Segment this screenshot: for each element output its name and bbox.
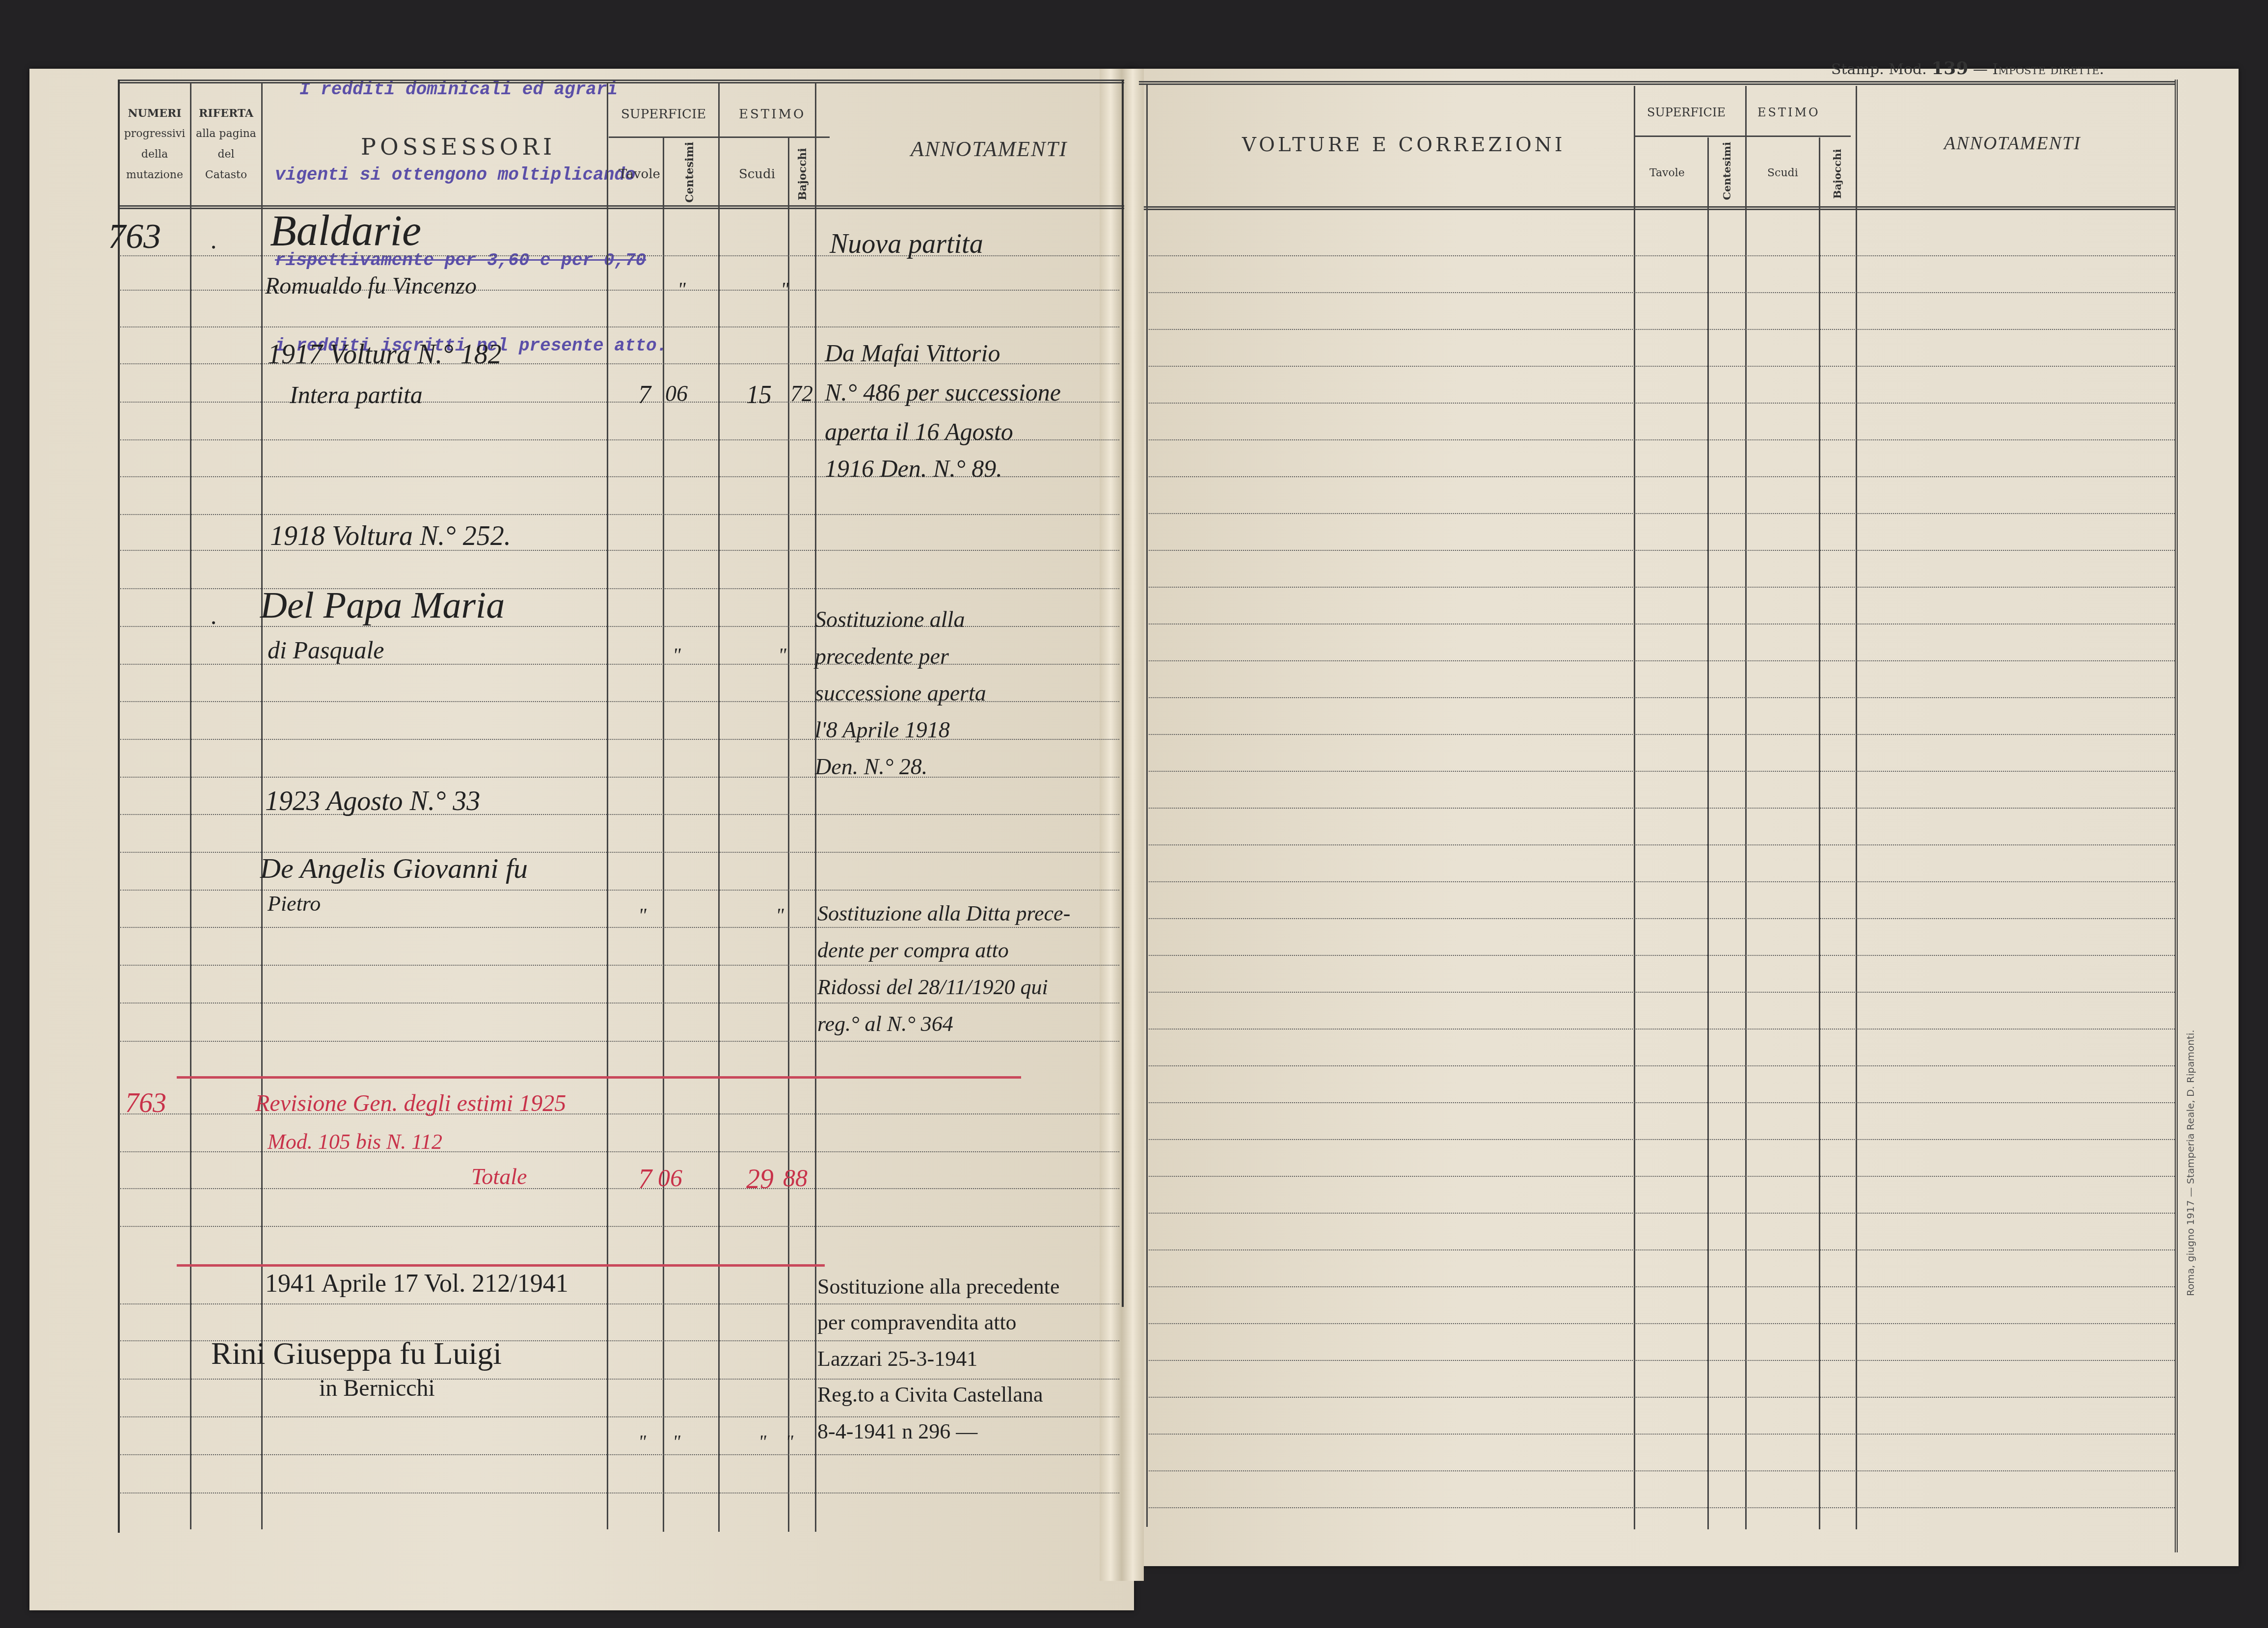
row-rule: [120, 326, 1119, 327]
bajocchi-value: ": [776, 903, 784, 926]
header-superficie: SUPERFICIE: [621, 107, 706, 122]
header-estimo: ESTIMO: [1757, 106, 1820, 119]
header-scudi: Scudi: [1767, 167, 1798, 179]
col-border: [607, 83, 608, 1529]
col-border: [1819, 137, 1820, 1529]
row-rule: [1149, 513, 2175, 514]
row-rule: [1149, 587, 2175, 588]
annotation-line: Sostituzione alla: [815, 606, 965, 632]
row-rule: [1149, 844, 2175, 845]
annotation-line: reg.° al N.° 364: [817, 1011, 953, 1036]
header-tavole: Tavole: [619, 167, 660, 182]
col-border: [663, 137, 664, 1532]
table-top-rule: [118, 80, 1124, 83]
row-rule: [1149, 992, 2175, 993]
possessore-name: in Bernicchi: [319, 1375, 435, 1402]
row-rule: [120, 1454, 1119, 1455]
row-rule: [1149, 1139, 2175, 1140]
row-rule: [120, 739, 1119, 740]
row-rule: [120, 1379, 1119, 1380]
row-rule: [1149, 1249, 2175, 1250]
annotation-line: dente per compra atto: [817, 938, 1009, 963]
col-border: [190, 83, 191, 1529]
row-rule: [1149, 1470, 2175, 1471]
printer-imprint: Roma, giugno 1917 — Stamperia Reale, D. …: [2185, 1030, 2196, 1296]
red-separator: [177, 1264, 825, 1267]
tavole-value: ": [677, 277, 686, 300]
header-text: alla pagina: [193, 124, 259, 144]
annotation-line: precedente per: [815, 643, 949, 669]
row-rule: [1149, 771, 2175, 772]
row-rule: [1149, 660, 2175, 661]
entry-heading: 1917 Voltura N.° 182: [268, 339, 502, 370]
header-text: progressivi: [123, 124, 187, 144]
redditi-stamp: I redditi dominicali ed agrari vigenti s…: [275, 19, 667, 389]
scudi-value: 29: [746, 1164, 774, 1195]
centesimi-value: 06: [665, 380, 688, 407]
row-rule: [120, 1003, 1119, 1004]
header-text: del: [193, 144, 259, 165]
possessore-name: Romualdo fu Vincenzo: [265, 272, 477, 299]
header-possessori: POSSESSORI: [361, 134, 556, 160]
row-rule: [1149, 366, 2175, 367]
tavole-value: ": [638, 903, 647, 926]
col-border: [788, 137, 789, 1532]
row-rule: [1149, 734, 2175, 735]
row-rule: [120, 890, 1119, 891]
row-rule: [1149, 1360, 2175, 1361]
col-border: [1707, 137, 1709, 1529]
entry-heading: 1941 Aprile 17 Vol. 212/1941: [265, 1269, 568, 1298]
header-annotamenti: ANNOTAMENTI: [911, 136, 1067, 162]
row-rule: [120, 1041, 1119, 1042]
annotation-line: 1916 Den. N.° 89.: [825, 454, 1002, 483]
row-rule: [120, 927, 1119, 928]
riferta-mark: .: [211, 601, 217, 630]
row-rule: [120, 1188, 1119, 1189]
header-text: Catasto: [193, 165, 259, 186]
row-rule: [1149, 918, 2175, 919]
centesimi-value: 06: [658, 1164, 682, 1192]
row-rule: [1149, 1176, 2175, 1177]
scudi-value: ": [758, 1431, 766, 1453]
header-tavole: Tavole: [1649, 167, 1685, 179]
header-text: della: [123, 144, 187, 165]
stamp-line: vigenti si ottengono moltiplicando: [275, 161, 667, 190]
col-border: [1146, 83, 1148, 1527]
header-numeri: NUMERI progressivi della mutazione: [123, 103, 187, 186]
row-rule: [1149, 955, 2175, 956]
row-rule: [1149, 439, 2175, 440]
header-centesimi: Centesimi: [1721, 151, 1733, 200]
col-border: [261, 83, 263, 1529]
header-text: NUMERI: [123, 103, 187, 124]
form-id: Stamp. Mod. 139 — Imposte dirette.: [1831, 58, 2104, 79]
row-rule: [1149, 292, 2175, 293]
revision-line: Revisione Gen. degli estimi 1925: [255, 1090, 566, 1117]
row-rule: [1149, 1397, 2175, 1398]
row-rule: [120, 965, 1119, 966]
scudi-value: ": [781, 277, 789, 300]
row-rule: [120, 1226, 1119, 1227]
possessore-name: Intera partita: [290, 380, 423, 409]
row-rule: [1149, 1434, 2175, 1435]
annotation-line: Ridossi del 28/11/1920 qui: [817, 975, 1048, 1000]
red-separator: [177, 1076, 1021, 1079]
annotation-line: N.° 486 per successione: [825, 378, 1061, 407]
header-bajocchi: Bajocchi: [796, 151, 809, 200]
entry-number: 763: [125, 1087, 166, 1119]
row-rule: [120, 1492, 1119, 1493]
tavole-value: 7: [638, 380, 651, 409]
annotation-line: Lazzari 25-3-1941: [817, 1346, 977, 1371]
form-id-prefix: Stamp. Mod.: [1831, 61, 1927, 78]
header-annotamenti: ANNOTAMENTI: [1944, 133, 2081, 154]
col-border: [118, 80, 120, 1533]
bajocchi-value: 72: [790, 380, 813, 407]
col-border: [718, 83, 720, 1532]
row-rule: [1149, 403, 2175, 404]
totale-label: Totale: [471, 1164, 527, 1190]
possessore-name: De Angelis Giovanni fu: [260, 852, 528, 885]
subheader-rule: [1635, 136, 1851, 137]
row-rule: [120, 514, 1119, 515]
header-text: mutazione: [123, 165, 187, 186]
annotation-line: Reg.to a Civita Castellana: [817, 1382, 1043, 1407]
table-top-rule: [1139, 81, 2175, 85]
row-rule: [1149, 697, 2175, 698]
bajocchi-value: ": [785, 1431, 793, 1453]
annotation-line: Sostituzione alla Ditta prece-: [817, 901, 1070, 926]
row-rule: [120, 1416, 1119, 1417]
annotation-line: per compravendita atto: [817, 1310, 1017, 1335]
row-rule: [1149, 1286, 2175, 1287]
row-rule: [1149, 881, 2175, 882]
header-volture: VOLTURE E CORREZIONI: [1242, 134, 1566, 156]
annotation-line: Da Mafai Vittorio: [825, 339, 1000, 367]
form-id-number: 139: [1931, 58, 1968, 79]
entry-number: 763: [108, 216, 161, 257]
row-rule: [120, 1303, 1119, 1304]
bajocchi-value: ": [778, 643, 786, 666]
annotation-line: Den. N.° 28.: [815, 754, 927, 780]
riferta-mark: .: [211, 226, 217, 254]
row-rule: [120, 777, 1119, 778]
right-page: [1129, 69, 2239, 1566]
scudi-value: 15: [746, 380, 772, 409]
annotation-line: l'8 Aprile 1918: [815, 717, 950, 743]
row-rule: [1149, 476, 2175, 477]
possessore-name: Rini Giuseppa fu Luigi: [211, 1335, 502, 1372]
bajocchi-value: 88: [783, 1164, 808, 1192]
annotation-line: 8-4-1941 n 296 —: [817, 1419, 977, 1444]
row-rule: [1149, 1323, 2175, 1324]
annotation-line: Sostituzione alla precedente: [817, 1274, 1060, 1299]
header-scudi: Scudi: [739, 167, 775, 182]
row-rule: [1149, 1507, 2175, 1508]
tavole-value: ": [638, 1431, 646, 1453]
tavole-value: 7: [638, 1164, 652, 1195]
header-bajocchi: Bajocchi: [1831, 152, 1843, 199]
row-rule: [1149, 329, 2175, 330]
row-rule: [1149, 255, 2175, 256]
row-rule: [1149, 1102, 2175, 1103]
row-rule: [1149, 1065, 2175, 1066]
row-rule: [1149, 550, 2175, 551]
annotation-text: Nuova partita: [830, 228, 983, 260]
row-rule: [1149, 1029, 2175, 1030]
possessore-name: Pietro: [268, 891, 321, 916]
header-text: RIFERTA: [193, 103, 259, 124]
header-riferta: RIFERTA alla pagina del Catasto: [193, 103, 259, 186]
header-bottom-rule: [118, 205, 1124, 209]
annotation-line: successione aperta: [815, 680, 986, 706]
annotation-line: aperta il 16 Agosto: [825, 417, 1013, 446]
header-bottom-rule: [1144, 206, 2175, 210]
centesimi-value: ": [673, 1431, 680, 1453]
col-border: [1122, 80, 1124, 1307]
row-rule: [1149, 1213, 2175, 1214]
header-estimo: ESTIMO: [739, 107, 806, 122]
form-id-suffix: — Imposte dirette.: [1973, 61, 2104, 78]
entry-heading: 1918 Voltura N.° 252.: [270, 520, 511, 552]
entry-heading: 1923 Agosto N.° 33: [265, 786, 480, 817]
col-border: [2175, 80, 2178, 1552]
possessore-name: di Pasquale: [268, 636, 384, 664]
header-centesimi: Centesimi: [683, 149, 696, 203]
row-rule: [1149, 808, 2175, 809]
row-rule: [1149, 624, 2175, 624]
tavole-value: ": [673, 643, 681, 666]
header-superficie: SUPERFICIE: [1647, 106, 1726, 119]
possessore-surname: Del Papa Maria: [260, 584, 505, 627]
possessore-surname: Baldarie: [270, 206, 421, 256]
revision-line: Mod. 105 bis N. 112: [268, 1129, 442, 1154]
col-border: [815, 83, 816, 1532]
